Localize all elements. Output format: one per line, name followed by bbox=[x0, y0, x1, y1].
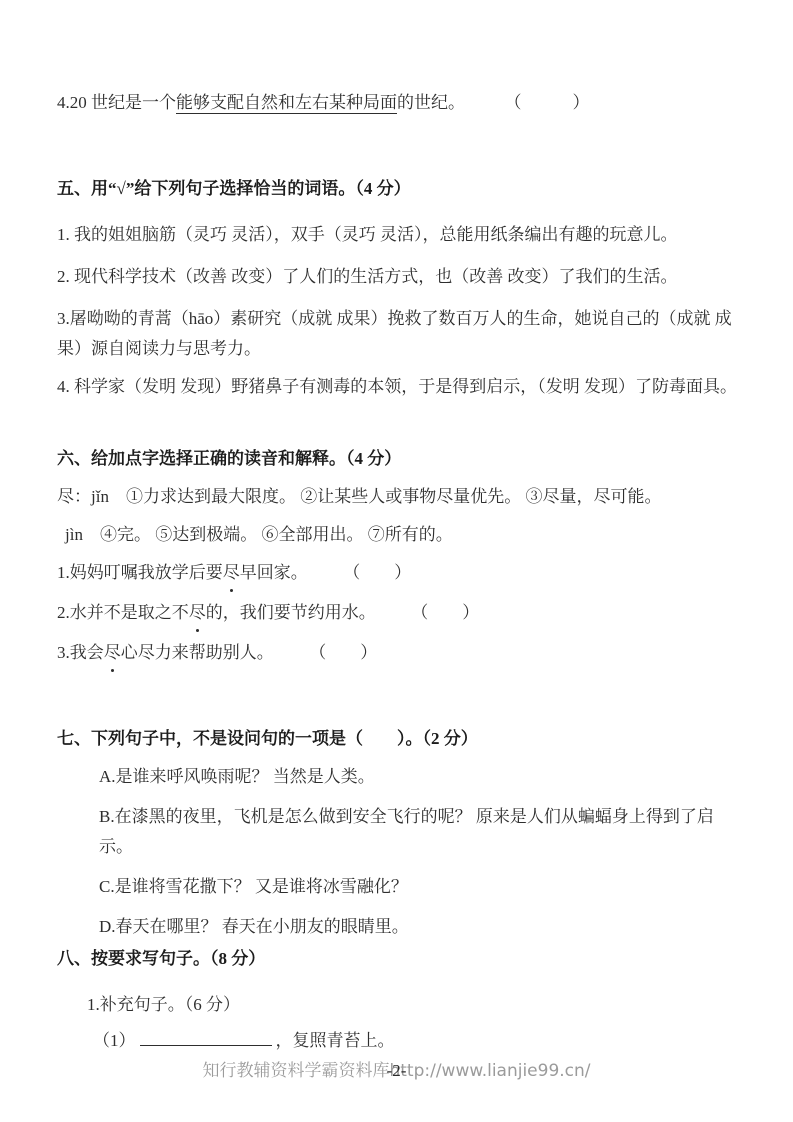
exam-page: 4.20 世纪是一个能够支配自然和左右某种局面的世纪。（ ） 五、用“√”给下列… bbox=[0, 0, 793, 1122]
fill-in-blank-line bbox=[140, 1028, 272, 1046]
section-8-item-1: （1），复照青苔上。 bbox=[57, 1026, 745, 1056]
section-6-item-3-dotted-char: 尽 bbox=[104, 638, 121, 668]
page-number: -2- bbox=[387, 1056, 407, 1086]
section-6-item-3: 3.我会尽心尽力来帮助别人。（ ） bbox=[57, 638, 745, 668]
section-8-heading: 八、按要求写句子。（8 分） bbox=[57, 944, 745, 974]
question-4-answer-bracket: （ ） bbox=[513, 93, 590, 112]
section-6-item-3-post: 心尽力来帮助别人。 bbox=[121, 643, 274, 662]
section-5-item-3: 3.屠呦呦的青蒿（hāo）素研究（成就 成果）挽救了数百万人的生命，她说自己的（… bbox=[57, 304, 745, 364]
section-6-heading: 六、给加点字选择正确的读音和解释。（4 分） bbox=[57, 444, 745, 474]
section-5-item-4: 4. 科学家（发明 发现）野猪鼻子有测毒的本领，于是得到启示，（发明 发现）了防… bbox=[57, 372, 745, 402]
question-4-suffix: 的世纪。 bbox=[397, 93, 465, 112]
section-7-option-c: C.是谁将雪花撒下？ 又是谁将冰雪融化？ bbox=[57, 872, 745, 902]
section-6-item-3-answer-bracket: （ ） bbox=[318, 643, 378, 662]
question-4: 4.20 世纪是一个能够支配自然和左右某种局面的世纪。（ ） bbox=[57, 88, 745, 118]
question-4-prefix: 4.20 世纪是一个 bbox=[57, 93, 176, 112]
section-6-definition-jin4: jìn ④完。 ⑤达到极端。 ⑥全部用出。 ⑦所有的。 bbox=[57, 520, 745, 550]
section-5-item-2: 2. 现代科学技术（改善 改变）了人们的生活方式，也（改善 改变）了我们的生活。 bbox=[57, 262, 745, 292]
section-6-item-2-answer-bracket: （ ） bbox=[420, 603, 480, 622]
section-6-item-1-answer-bracket: （ ） bbox=[352, 563, 412, 582]
exam-content: 4.20 世纪是一个能够支配自然和左右某种局面的世纪。（ ） 五、用“√”给下列… bbox=[57, 0, 745, 1056]
section-8-sub-1: 1.补充句子。（6 分） bbox=[57, 990, 745, 1020]
section-6-item-2-pre: 2.水并不是取之不 bbox=[57, 603, 189, 622]
section-6-item-2-post: 的，我们要节约用水。 bbox=[206, 603, 376, 622]
section-6-item-3-pre: 3.我会 bbox=[57, 643, 104, 662]
section-7-option-d: D.春天在哪里？ 春天在小朋友的眼睛里。 bbox=[57, 912, 745, 942]
section-8-item-1-number: （1） bbox=[93, 1031, 136, 1050]
section-5-heading: 五、用“√”给下列句子选择恰当的词语。（4 分） bbox=[57, 174, 745, 204]
section-5-item-1: 1. 我的姐姐脑筋（灵巧 灵活），双手（灵巧 灵活），总能用纸条编出有趣的玩意儿… bbox=[57, 220, 745, 250]
section-6-item-1: 1.妈妈叮嘱我放学后要尽早回家。（ ） bbox=[57, 558, 745, 588]
section-6-item-1-pre: 1.妈妈叮嘱我放学后要 bbox=[57, 563, 223, 582]
section-6-item-1-dotted-char: 尽 bbox=[223, 558, 240, 588]
section-8-item-1-post: ，复照青苔上。 bbox=[276, 1031, 395, 1050]
page-footer: 知行教辅资料学霸资料库http://www.lianjie99.cn/ -2- bbox=[0, 1056, 793, 1086]
section-6-definition-jin3: 尽：jǐn ①力求达到最大限度。 ②让某些人或事物尽量优先。 ③尽量，尽可能。 bbox=[57, 482, 745, 512]
section-7-heading: 七、下列句子中，不是设问句的一项是（ ）。（2 分） bbox=[57, 724, 745, 754]
section-7-option-b: B.在漆黑的夜里，飞机是怎么做到安全飞行的呢？ 原来是人们从蝙蝠身上得到了启示。 bbox=[57, 802, 745, 862]
question-4-underlined-phrase: 能够支配自然和左右某种局面 bbox=[176, 93, 397, 114]
section-6-item-1-post: 早回家。 bbox=[240, 563, 308, 582]
section-7-option-a: A.是谁来呼风唤雨呢？ 当然是人类。 bbox=[57, 762, 745, 792]
section-6-item-2-dotted-char: 尽 bbox=[189, 598, 206, 628]
section-6-item-2: 2.水并不是取之不尽的，我们要节约用水。（ ） bbox=[57, 598, 745, 628]
